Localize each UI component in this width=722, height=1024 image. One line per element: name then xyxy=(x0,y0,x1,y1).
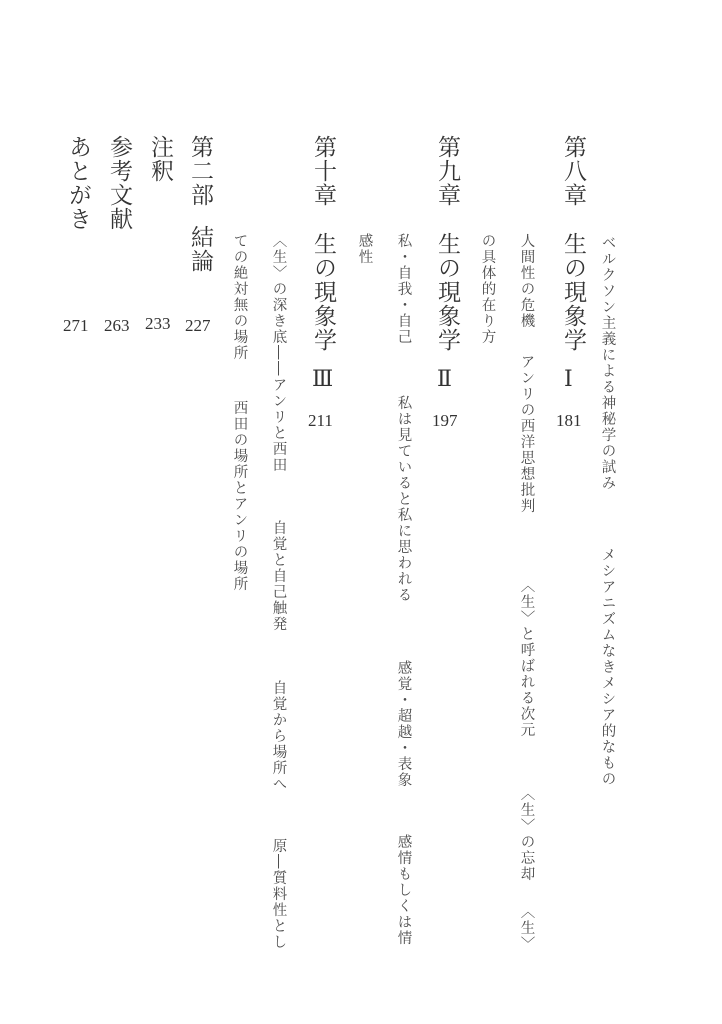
part-2-label: 第二部 xyxy=(188,135,211,207)
chapter-9-label: 第九章 xyxy=(435,135,458,207)
chapter-10-section-4: 原―質料性とし xyxy=(271,838,286,950)
chapter-8-section-7: 〈生〉 xyxy=(519,904,534,952)
chapter-9-section-2: 私は見ていると私に思われる xyxy=(396,395,411,603)
chapter-9-section-1: 私・自我・自己 xyxy=(396,233,411,345)
chapter-8-section-1: ベルクソン主義による神秘学の試み xyxy=(600,235,615,491)
chapter-8-section-5: 〈生〉と呼ばれる次元 xyxy=(519,578,534,738)
chapter-8-roman: Ⅰ xyxy=(564,366,573,392)
afterword-page[interactable]: 271 xyxy=(63,316,89,336)
part-2-title: 結論 xyxy=(188,225,211,273)
chapter-9-section-3: 感覚・超越・表象 xyxy=(396,660,411,788)
part-2-page[interactable]: 227 xyxy=(185,316,211,336)
chapter-9-page[interactable]: 197 xyxy=(432,411,458,431)
chapter-8-section-3: 人間性の危機 xyxy=(519,233,534,329)
chapter-10-section-1: 〈生〉の深き底――アンリと西田 xyxy=(271,233,286,473)
chapter-10-roman: Ⅲ xyxy=(312,366,333,392)
chapter-9-section-4: 感情もしくは情 xyxy=(396,834,411,946)
chapter-8-label: 第八章 xyxy=(561,135,584,207)
references-page[interactable]: 263 xyxy=(104,316,130,336)
chapter-10-section-5: 西田の場所とアンリの場所 xyxy=(232,400,247,592)
chapter-10-section-2: 自覚と自己触発 xyxy=(271,520,286,632)
chapter-10-section-4-cont: ての絶対無の場所 xyxy=(232,233,247,361)
chapter-10-title: 生の現象学 xyxy=(311,232,334,352)
notes-page[interactable]: 233 xyxy=(145,314,171,334)
chapter-8-section-7-cont: の具体的在り方 xyxy=(480,233,495,345)
chapter-9-roman: Ⅱ xyxy=(437,366,452,392)
chapter-10-page[interactable]: 211 xyxy=(308,411,333,431)
chapter-8-page[interactable]: 181 xyxy=(556,411,582,431)
notes-label: 注釈 xyxy=(148,135,171,183)
chapter-10-label: 第十章 xyxy=(311,135,334,207)
chapter-9-section-4-cont: 感性 xyxy=(357,233,372,265)
afterword-label: あとがき xyxy=(66,135,89,231)
references-label: 参考文献 xyxy=(107,135,130,231)
chapter-8-section-4: アンリの西洋思想批判 xyxy=(519,354,534,514)
chapter-8-section-6: 〈生〉の忘却 xyxy=(519,786,534,882)
chapter-10-section-3: 自覚から場所へ xyxy=(271,680,286,792)
chapter-9-title: 生の現象学 xyxy=(435,232,458,352)
chapter-8-title: 生の現象学 xyxy=(561,232,584,352)
chapter-8-section-2: メシアニズムなきメシア的なもの xyxy=(600,547,615,787)
